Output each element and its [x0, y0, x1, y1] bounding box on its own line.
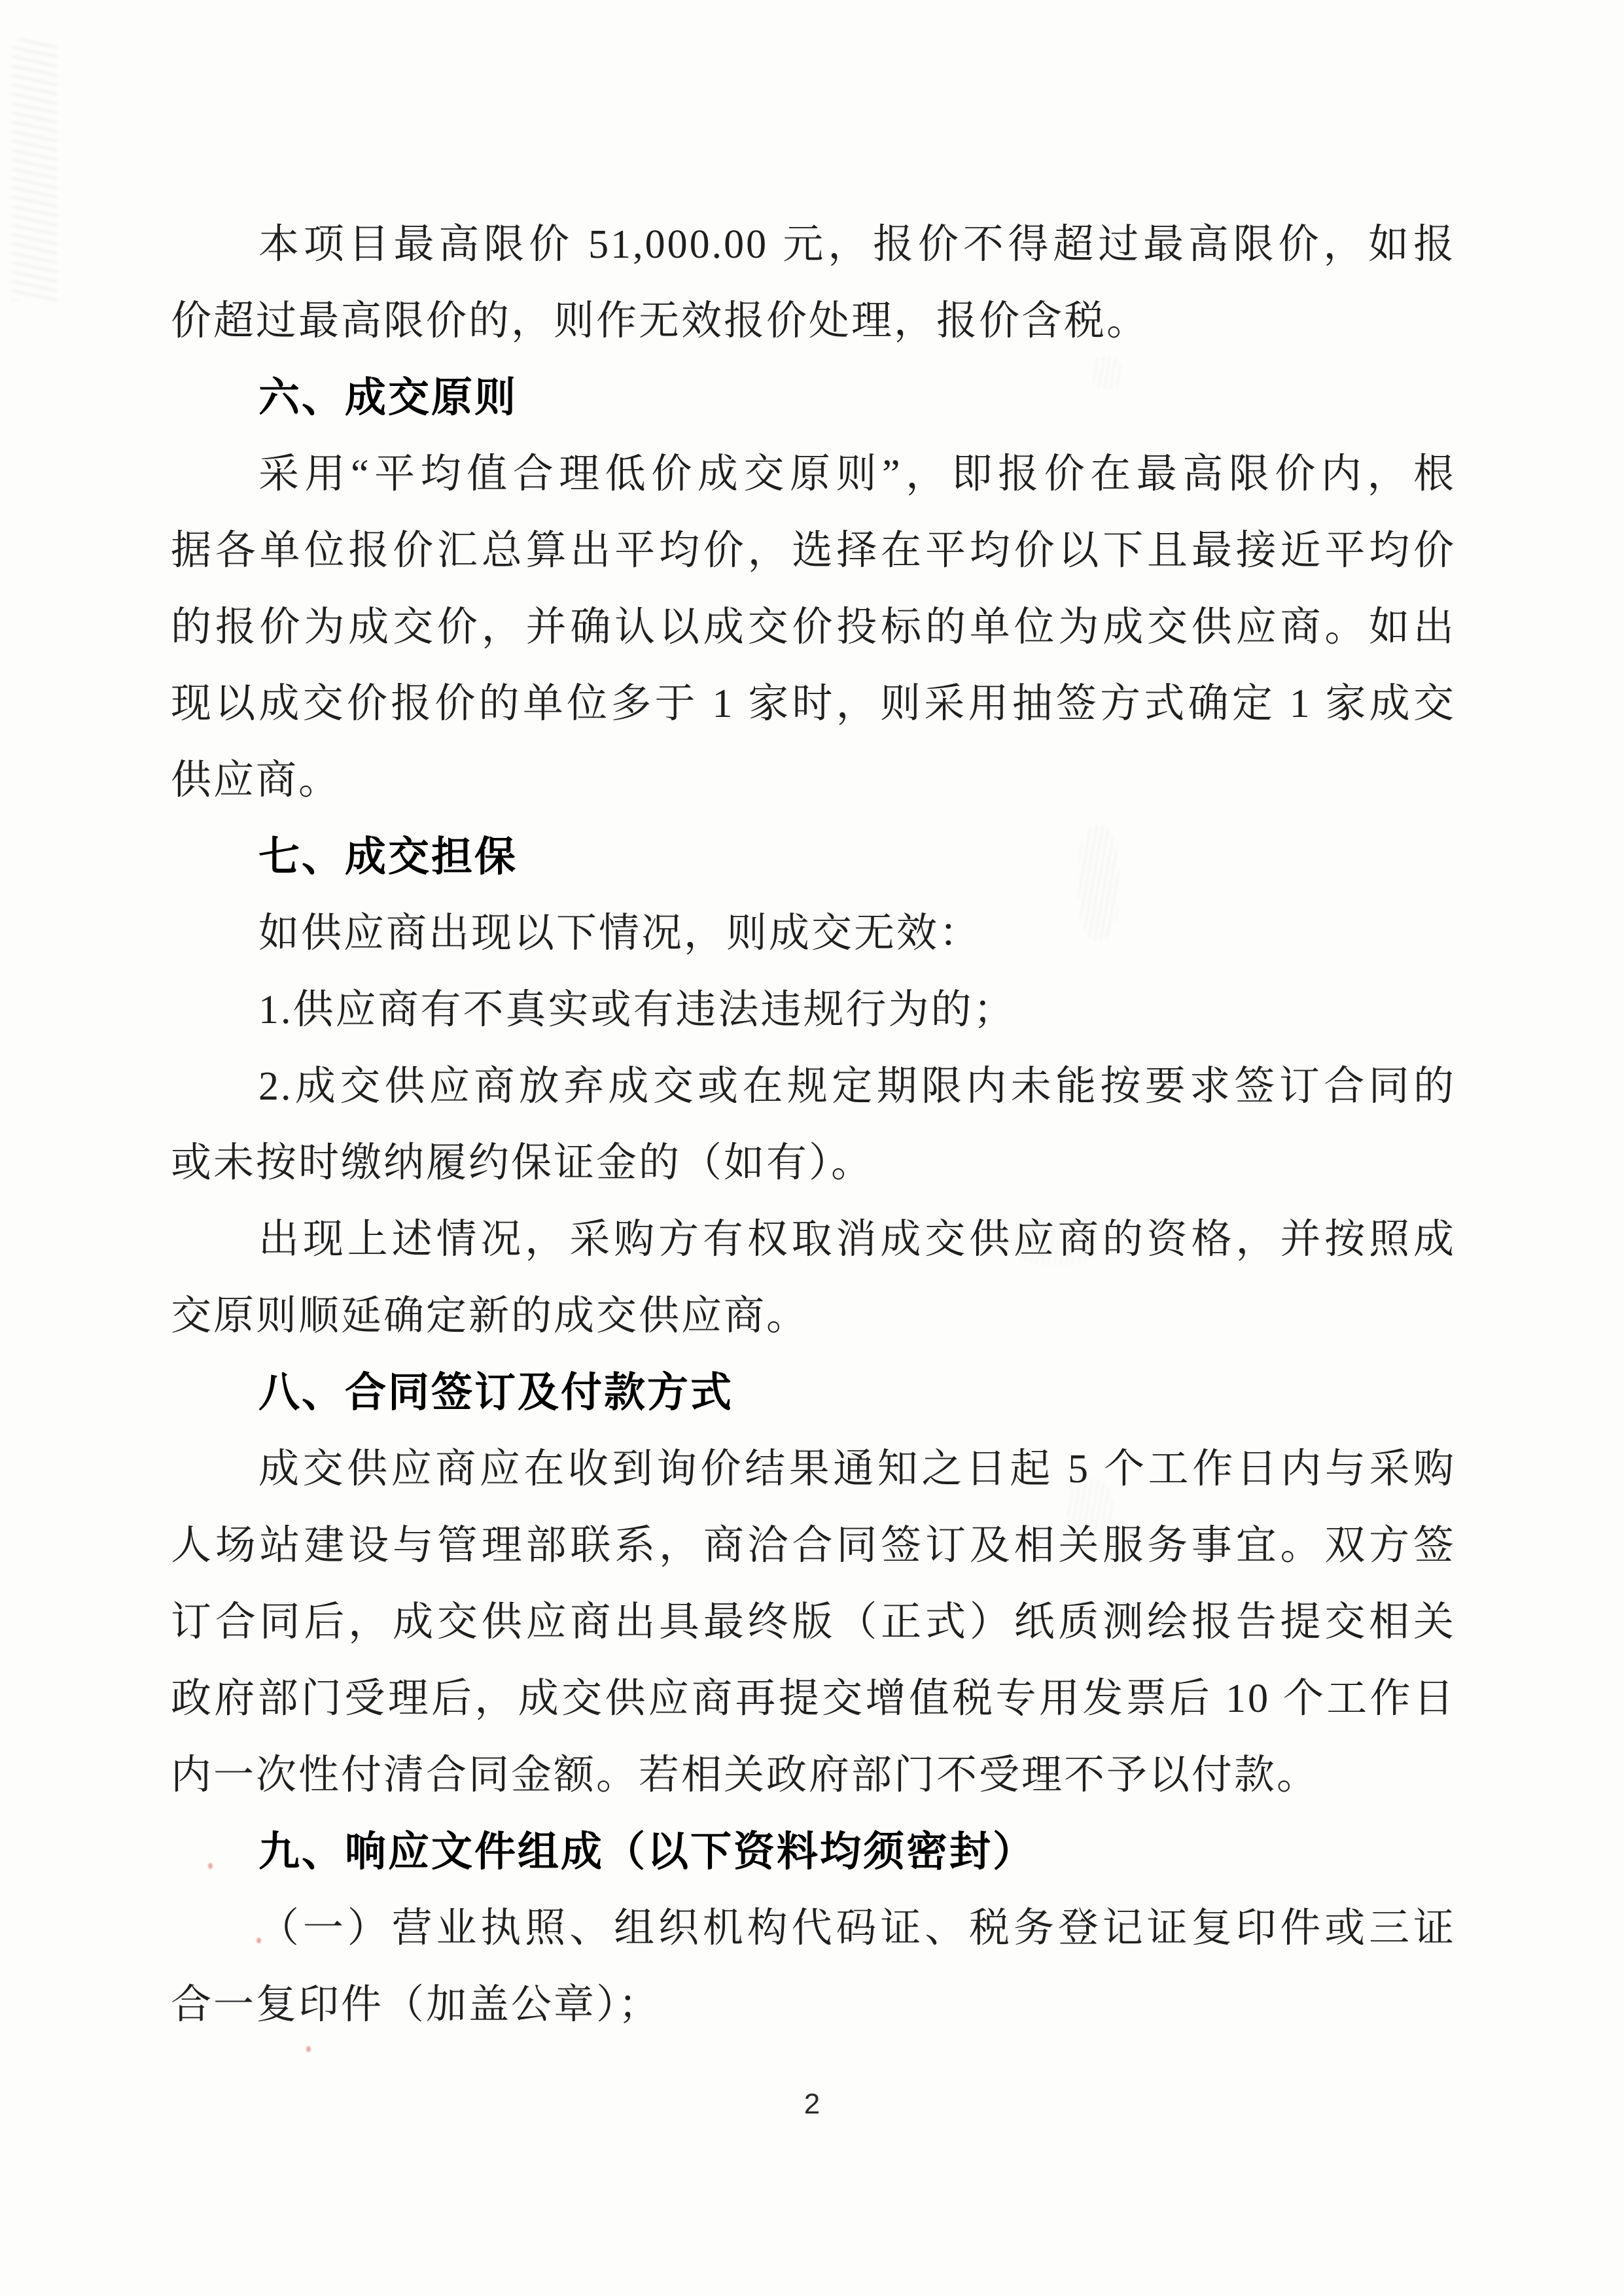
- text-line: 或未按时缴纳履约保证金的（如有）。: [171, 1125, 1456, 1202]
- text-line: 采用“平均值合理低价成交原则”，即报价在最高限价内，根: [171, 436, 1456, 513]
- text-line: 成交供应商应在收到询价结果通知之日起 5 个工作日内与采购: [171, 1431, 1456, 1508]
- scan-artifact: [12, 39, 58, 301]
- text-line: 人场站建设与管理部联系，商洽合同签订及相关服务事宜。双方签: [171, 1508, 1456, 1584]
- scan-artifact: [306, 2046, 311, 2052]
- text-line: 据各单位报价汇总算出平均价，选择在平均价以下且最接近平均价: [171, 513, 1456, 589]
- text-line: 供应商。: [171, 742, 1456, 819]
- text-line: 现以成交价报价的单位多于 1 家时，则采用抽签方式确定 1 家成交: [171, 666, 1456, 742]
- text-line: 政府部门受理后，成交供应商再提交增值税专用发票后 10 个工作日: [171, 1661, 1456, 1737]
- text-line: 合一复印件（加盖公章）；: [171, 1967, 1456, 2044]
- text-line: 的报价为成交价，并确认以成交价投标的单位为成交供应商。如出: [171, 589, 1456, 666]
- text-line: 1.供应商有不真实或有违法违规行为的；: [171, 972, 1456, 1049]
- text-line: 2.成交供应商放弃成交或在规定期限内未能按要求签订合同的: [171, 1049, 1456, 1125]
- text-line: 出现上述情况，采购方有权取消成交供应商的资格，并按照成: [171, 1202, 1456, 1278]
- page-number: 2: [0, 2088, 1624, 2121]
- section-heading: 六、成交原则: [171, 360, 1456, 436]
- document-page: 本项目最高限价 51,000.00 元，报价不得超过最高限价，如报价超过最高限价…: [0, 0, 1624, 2296]
- text-line: 本项目最高限价 51,000.00 元，报价不得超过最高限价，如报: [171, 207, 1456, 283]
- text-line: 交原则顺延确定新的成交供应商。: [171, 1278, 1456, 1355]
- text-line: （一）营业执照、组织机构代码证、税务登记证复印件或三证: [171, 1890, 1456, 1967]
- text-line: 内一次性付清合同金额。若相关政府部门不受理不予以付款。: [171, 1737, 1456, 1814]
- text-line: 订合同后，成交供应商出具最终版（正式）纸质测绘报告提交相关: [171, 1584, 1456, 1661]
- text-line: 价超过最高限价的，则作无效报价处理，报价含税。: [171, 283, 1456, 360]
- section-heading: 七、成交担保: [171, 819, 1456, 896]
- section-heading: 九、响应文件组成（以下资料均须密封）: [171, 1814, 1456, 1890]
- section-heading: 八、合同签订及付款方式: [171, 1355, 1456, 1431]
- text-line: 如供应商出现以下情况，则成交无效：: [171, 896, 1456, 972]
- document-text-block: 本项目最高限价 51,000.00 元，报价不得超过最高限价，如报价超过最高限价…: [171, 207, 1456, 2044]
